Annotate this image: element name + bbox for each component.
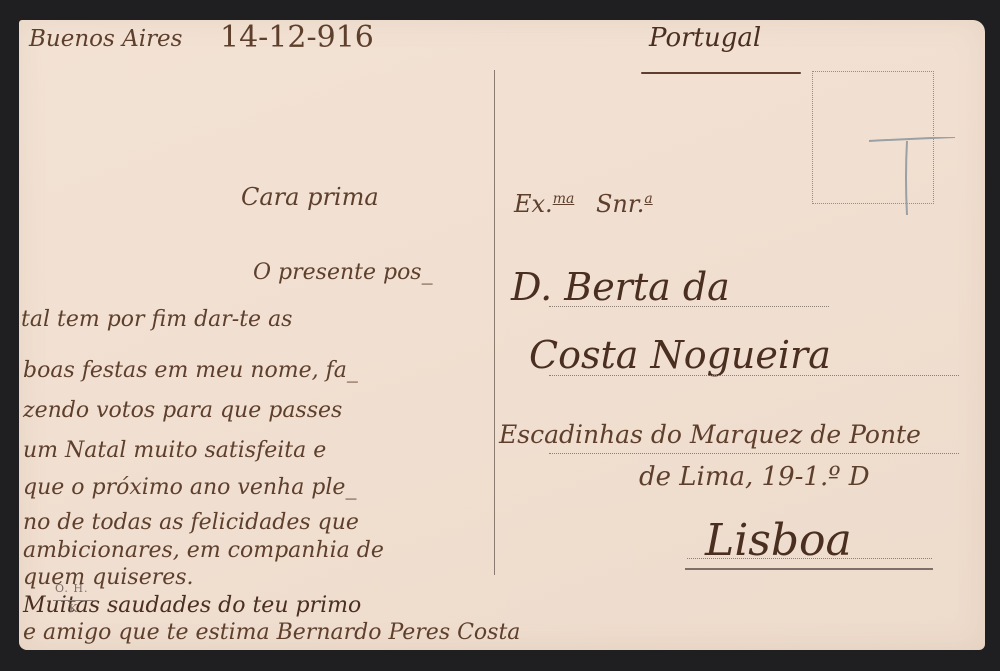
destination-country: Portugal (649, 23, 761, 53)
center-divider (494, 70, 495, 575)
honorific-sup: ma (553, 191, 575, 207)
signature-line: e amigo que te estima Bernardo Peres Cos… (23, 620, 520, 645)
message-line: um Natal muito satisfeita e (23, 438, 326, 463)
country-underline (641, 72, 801, 74)
city-baseline (685, 568, 933, 570)
address-dotline-1 (549, 306, 829, 307)
letter-date: 14-12-916 (220, 20, 374, 55)
publisher-mark-sub: K (69, 602, 78, 615)
message-line: O presente pos_ (253, 260, 433, 285)
message-line: zendo votos para que passes (23, 398, 342, 423)
message-line: ambicionares, em companhia de (23, 538, 384, 563)
pencil-t-mark-icon (867, 137, 957, 217)
publisher-mark: O. H. (55, 582, 88, 595)
message-line: boas festas em meu nome, fa_ (23, 358, 358, 383)
street-line1: Escadinhas do Marquez de Ponte (499, 420, 921, 449)
title-base: Snr. (596, 190, 644, 218)
message-line: quem quiseres. (23, 565, 194, 590)
publisher-mark-rule (53, 600, 93, 601)
recipient-name-line1: D. Berta da (511, 265, 730, 309)
sender-place: Buenos Aires (29, 26, 182, 52)
honorific: Ex.ma Snr.a (514, 190, 653, 218)
address-dotline-3 (549, 453, 959, 454)
message-line: que o próximo ano venha ple_ (23, 475, 356, 500)
salutation: Cara prima (241, 183, 379, 211)
honorific-base: Ex. (514, 190, 553, 218)
address-dotline-2 (549, 375, 959, 376)
recipient-name-line2: Costa Nogueira (529, 333, 831, 377)
message-line: no de todas as felicidades que (23, 510, 359, 535)
street-line2: de Lima, 19-1.º D (639, 462, 870, 492)
message-line: tal tem por fim dar-te as (21, 307, 292, 332)
address-dotline-4 (687, 558, 932, 559)
title-sup: a (644, 191, 652, 207)
postcard-back: Buenos Aires 14-12-916 Portugal Cara pri… (19, 20, 985, 650)
